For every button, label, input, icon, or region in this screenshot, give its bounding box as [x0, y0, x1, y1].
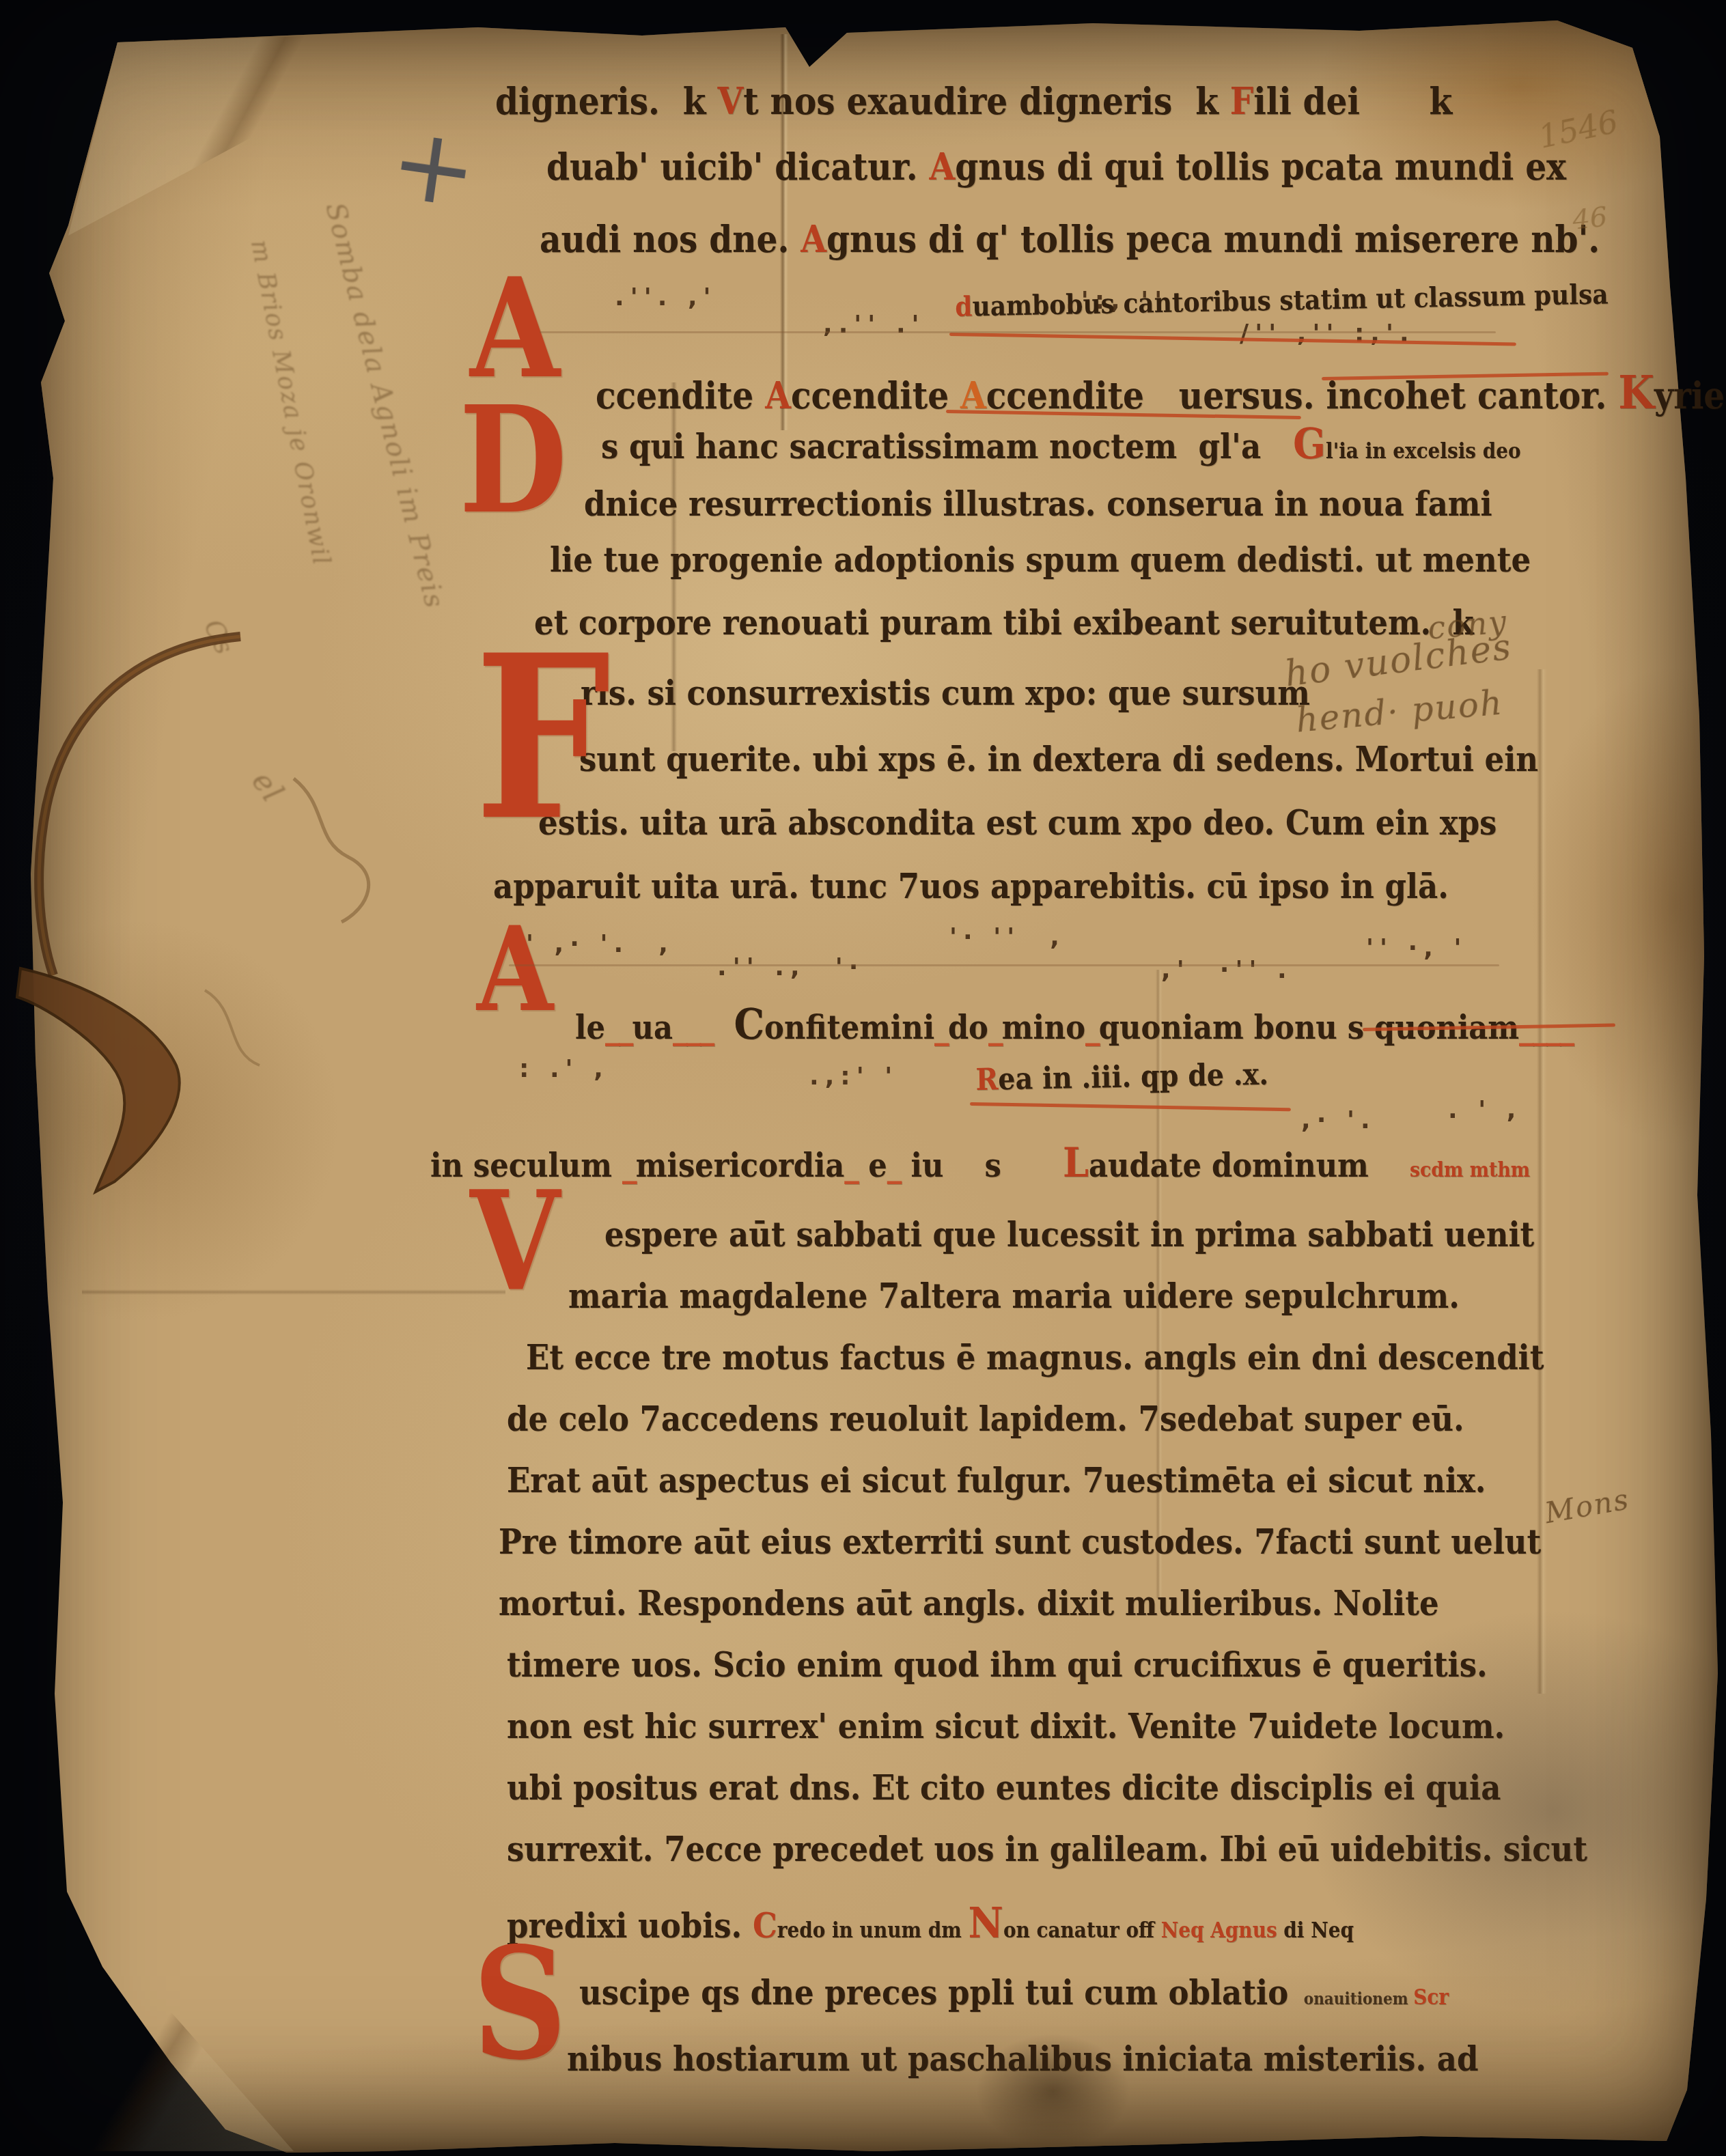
manuscript-text-line: mortui. Respondens aūt angls. dixit muli… [499, 1583, 1439, 1623]
manuscript-text-line: espere aūt sabbati que lucessit in prima… [604, 1214, 1534, 1255]
marginal-annotation: 46 [1571, 201, 1609, 236]
text-segment: uscipe qs dne preces ppli tui cum oblati… [579, 1972, 1288, 2013]
text-segment: l'ia in excelsis deo [1326, 439, 1520, 464]
neume-cluster: . ' , [1448, 1096, 1522, 1124]
text-segment: le [575, 1009, 605, 1047]
manuscript-text-line: surrexit. 7ecce precedet uos in galileam… [507, 1829, 1587, 1869]
illuminated-initial: D [459, 402, 567, 519]
neume-cluster: '· '' , [949, 923, 1066, 951]
text-segment: estis. uita urā abscondita est cum xpo d… [538, 802, 1497, 843]
text-segment [713, 1009, 734, 1047]
text-segment: mino [1002, 1009, 1085, 1047]
text-segment: yrie [1654, 374, 1725, 417]
text-segment: k [1360, 79, 1452, 123]
text-segment: ubi positus erat dns. Et cito euntes dic… [507, 1767, 1501, 1808]
manuscript-text-line: estis. uita urā abscondita est cum xpo d… [538, 802, 1497, 843]
manuscript-text-line: Et ecce tre motus factus ē magnus. angls… [526, 1337, 1544, 1377]
text-segment: _ [1085, 1009, 1099, 1047]
illuminated-initial: V [470, 1187, 560, 1296]
manuscript-text-line: digneris. k Vt nos exaudire digneris k F… [495, 79, 1452, 123]
text-segment: apparuit uita urā. tunc 7uos apparebitis… [493, 866, 1449, 906]
neume-cluster: ,' ·'' . [1161, 956, 1293, 984]
text-segment: quoniam bonu s [1099, 1009, 1374, 1047]
text-segment: C [734, 998, 764, 1049]
text-segment: F [1230, 79, 1254, 123]
text-segment: _ [988, 1009, 1002, 1047]
manuscript-text-line: uscipe qs dne preces ppli tui cum oblati… [579, 1972, 1449, 2013]
text-segment: __ [605, 1009, 632, 1047]
neume-cluster: ,· '. [1301, 1106, 1376, 1134]
manuscript-text-line: timere uos. Scio enim quod ihm qui cruci… [507, 1644, 1488, 1685]
text-segment: A [765, 374, 791, 417]
text-segment: di [1283, 1918, 1311, 1943]
text-segment: R [975, 1062, 999, 1097]
text-segment: e [858, 1147, 887, 1185]
text-segment: ua [632, 1009, 673, 1047]
manuscript-text-line: s qui hanc sacratissimam noctem gl'a Gl'… [601, 418, 1521, 468]
text-segment: Scr [1413, 1985, 1449, 2010]
manuscript-text-line: duab' uicib' dicatur. Agnus di qui tolli… [546, 145, 1566, 188]
text-segment: uersus. incohet cantor. [1179, 374, 1618, 417]
text-segment: k [1195, 79, 1230, 123]
text-segment: ccendite [596, 374, 765, 417]
neume-cluster: : .' , [519, 1055, 609, 1083]
neume-cluster: .'' ., '· [717, 953, 864, 981]
manuscript-text-line: apparuit uita urā. tunc 7uos apparebitis… [493, 866, 1449, 906]
text-segment: C [753, 1905, 777, 1946]
text-segment: duab' uicib' dicatur. [546, 145, 930, 188]
text-segment: on canatur off [1003, 1918, 1161, 1943]
text-segment: gnus di qui tollis pcata mundi ex [955, 145, 1566, 188]
text-segment: mortui. Respondens aūt angls. dixit muli… [499, 1583, 1439, 1623]
text-segment: K [1618, 365, 1654, 419]
neume-cluster: .':, '' [1066, 287, 1168, 315]
manuscript-text-line: Pre timore aūt eius exterriti sunt custo… [499, 1522, 1541, 1562]
text-segment: G [1293, 418, 1326, 468]
text-segment: Agnus [1210, 1918, 1283, 1943]
manuscript-text-line: Erat aūt aspectus ei sicut fulgur. 7uest… [507, 1460, 1486, 1500]
text-segment: nibus hostiarum ut paschalibus iniciata … [567, 2039, 1478, 2079]
neume-cluster: ,.'' .' [823, 311, 925, 339]
manuscript-text-line: ris. si consurrexistis cum xpo: que surs… [581, 673, 1310, 713]
manuscript-text-line: lie tue progenie adoptionis spum quem de… [550, 540, 1531, 580]
text-segment: Pre timore aūt eius exterriti sunt custo… [499, 1522, 1541, 1562]
text-segment: ili dei [1253, 79, 1360, 123]
text-segment: gnus di q' tollis peca mundi miserere nb… [826, 217, 1600, 261]
text-segment: s qui hanc sacratissimam noctem gl'a [601, 426, 1293, 466]
manuscript-text-line: et corpore renouati puram tibi exibeant … [534, 602, 1474, 643]
text-segment: _ [887, 1147, 901, 1185]
text-segment: digneris. k [495, 79, 717, 123]
text-segment: dnice resurrectionis illustras. conserua… [584, 484, 1492, 524]
manuscript-text-line: audi nos dne. Agnus di q' tollis peca mu… [540, 217, 1600, 261]
text-segment: non est hic surrex' enim sicut dixit. Ve… [507, 1706, 1505, 1746]
illuminated-initial: S [473, 1943, 567, 2066]
text-segment: timere uos. Scio enim quod ihm qui cruci… [507, 1644, 1488, 1685]
text-segment: _ [934, 1009, 948, 1047]
text-segment: A [930, 145, 956, 188]
text-segment: redo in unum dm [777, 1918, 969, 1943]
text-segment: do [948, 1009, 988, 1047]
neume-cluster: .,:' ' [809, 1063, 898, 1091]
manuscript-text-line: non est hic surrex' enim sicut dixit. Ve… [507, 1706, 1505, 1746]
text-segment: t nos exaudire digneris [743, 79, 1195, 123]
text-segment: onfitemini [764, 1009, 934, 1047]
manuscript-text-line: maria magdalene 7altera maria uidere sep… [568, 1276, 1460, 1316]
ruling-line [509, 964, 1499, 966]
manuscript-text-line: de celo 7accedens reuoluit lapidem. 7sed… [507, 1399, 1464, 1439]
text-segment: A [801, 217, 826, 261]
ink-cross-mark: + [383, 102, 485, 232]
text-segment: onauitionem [1288, 1989, 1413, 2008]
text-segment: de celo 7accedens reuoluit lapidem. 7sed… [507, 1399, 1464, 1439]
text-segment: Neq [1161, 1918, 1210, 1943]
manuscript-photo: digneris. k Vt nos exaudire digneris k F… [0, 0, 1726, 2156]
text-segment: d [955, 291, 973, 323]
manuscript-text-line: le__ua___ Confitemini_do_mino_quoniam bo… [575, 998, 1573, 1049]
manuscript-text-line: predixi uobis. Credo in unum dm Non cana… [507, 1897, 1354, 1948]
neume-cluster: '' ·, ' [1366, 934, 1467, 962]
text-segment: scdm mthm [1410, 1158, 1530, 1182]
text-segment: Et ecce tre motus factus ē magnus. angls… [526, 1337, 1544, 1377]
text-segment: lie tue progenie adoptionis spum quem de… [550, 540, 1531, 580]
manuscript-text-line: Rea in .iii. qp de .x. [975, 1057, 1268, 1097]
text-segment: _ [622, 1147, 636, 1185]
text-segment: Erat aūt aspectus ei sicut fulgur. 7uest… [507, 1460, 1486, 1500]
text-segment: ccendite [791, 374, 960, 417]
illuminated-initial: F [475, 647, 611, 828]
text-segment: ris. si consurrexistis cum xpo: que surs… [581, 673, 1310, 713]
text-segment: sunt querite. ubi xps ē. in dextera di s… [579, 739, 1538, 779]
manuscript-text-line: dnice resurrectionis illustras. conserua… [584, 484, 1492, 524]
text-segment: audate dominum [1089, 1147, 1410, 1185]
text-segment: espere aūt sabbati que lucessit in prima… [604, 1214, 1534, 1255]
manuscript-text-line: nibus hostiarum ut paschalibus iniciata … [567, 2039, 1478, 2079]
text-segment: et corpore renouati puram tibi exibeant … [534, 602, 1474, 643]
text-segment: Neq [1311, 1918, 1354, 1943]
manuscript-text-line: sunt querite. ubi xps ē. in dextera di s… [579, 739, 1538, 779]
illuminated-initial: A [470, 275, 560, 384]
text-segment: misericordia [636, 1147, 845, 1185]
neume-cluster: .''. ,' [615, 283, 717, 311]
text-segment: surrexit. 7ecce precedet uos in galileam… [507, 1829, 1587, 1869]
text-segment: L [1063, 1139, 1089, 1187]
ruling-line [540, 331, 1496, 333]
manuscript-text-line: in seculum _misericordia_ e_ iu s Laudat… [430, 1139, 1530, 1187]
manuscript-text-line: ubi positus erat dns. Et cito euntes dic… [507, 1767, 1501, 1808]
text-segment: V [717, 79, 743, 123]
text-segment: iu s [900, 1147, 1063, 1185]
text-segment: audi nos dne. [540, 217, 801, 261]
text-segment: N [968, 1897, 1003, 1948]
neume-cluster: ' ,· '. , [526, 930, 674, 958]
text-segment: ea in .iii. qp de .x. [998, 1057, 1269, 1097]
text-segment: _ [844, 1147, 858, 1185]
text-segment: ___ [673, 1009, 713, 1047]
text-segment: maria magdalene 7altera maria uidere sep… [568, 1276, 1460, 1316]
